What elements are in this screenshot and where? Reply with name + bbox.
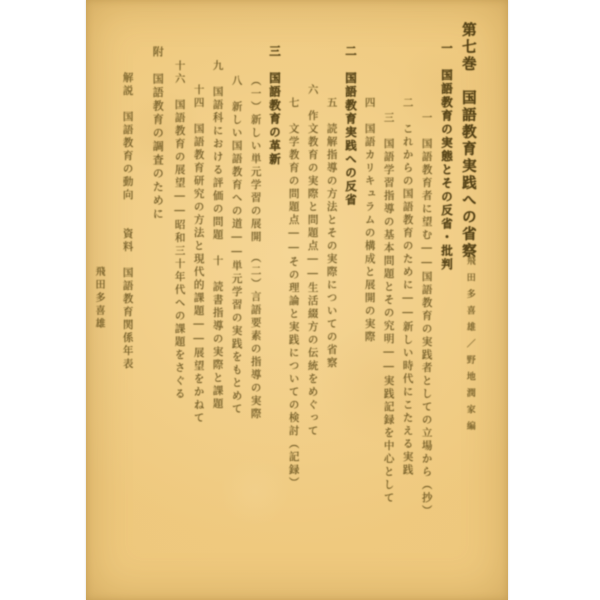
toc-item: 一 国語教育者に望む――国語教育の実践者としての立場から（抄）: [419, 112, 433, 518]
section-2-heading: 二 国語教育実践への反省: [343, 45, 358, 207]
volume-title: 第七巻 国語教育実践への省察: [458, 22, 477, 260]
section-3-heading: 三 国語教育の革新: [267, 45, 282, 167]
toc-item: 六 作文教育の実際と問題点――生活綴方の伝統をめぐって: [305, 84, 319, 438]
toc-item: 九 国語科における評価の問題 十 読書指導の実際と課題: [210, 60, 224, 411]
section-1-heading: 一 国語教育の実態とその反省・批判: [439, 42, 454, 272]
toc-item: 三 国語学習指導の基本問題とその究明――実践記録を中心として: [381, 112, 395, 505]
editors-line: 飛田多喜雄／野地潤家編: [463, 256, 475, 438]
toc-item: 四 国語カリキュラムの構成と展開の実際: [362, 97, 376, 344]
toc-item: 十六 国語教育の展望――昭和三十年代への課題をさぐる: [172, 60, 186, 401]
toc-item: 五 読解指導の方法とその実際についての省察: [324, 97, 338, 370]
toc-item: 八 新しい国語教育への道――単元学習の実践をもとめて: [229, 75, 243, 416]
scanned-image-canvas: 第七巻 国語教育実践への省察飛田多喜雄／野地潤家編一 国語教育の実態とその反省・…: [0, 0, 600, 600]
appendix-line: 附 国語教育の調査のために: [150, 46, 164, 222]
toc-item: 七 文学教育の問題点――その理論と実践についての検討（記録）: [286, 97, 300, 490]
editor-note: 飛田多喜雄: [92, 266, 105, 331]
commentary-line: 解説 国語教育の動向 資料 国語教育関係年表: [120, 72, 134, 371]
toc-item: （一）新しい単元学習の展開 （二）言語要素の指導の実際: [248, 75, 262, 421]
toc-item: 十四 国語教育研究の方法と現代的課題――展望をかねて: [191, 84, 205, 425]
book-page: 第七巻 国語教育実践への省察飛田多喜雄／野地潤家編一 国語教育の実態とその反省・…: [86, 0, 508, 600]
toc-item: 二 これからの国語教育のために――新しい時代にこたえる実践: [400, 97, 414, 477]
